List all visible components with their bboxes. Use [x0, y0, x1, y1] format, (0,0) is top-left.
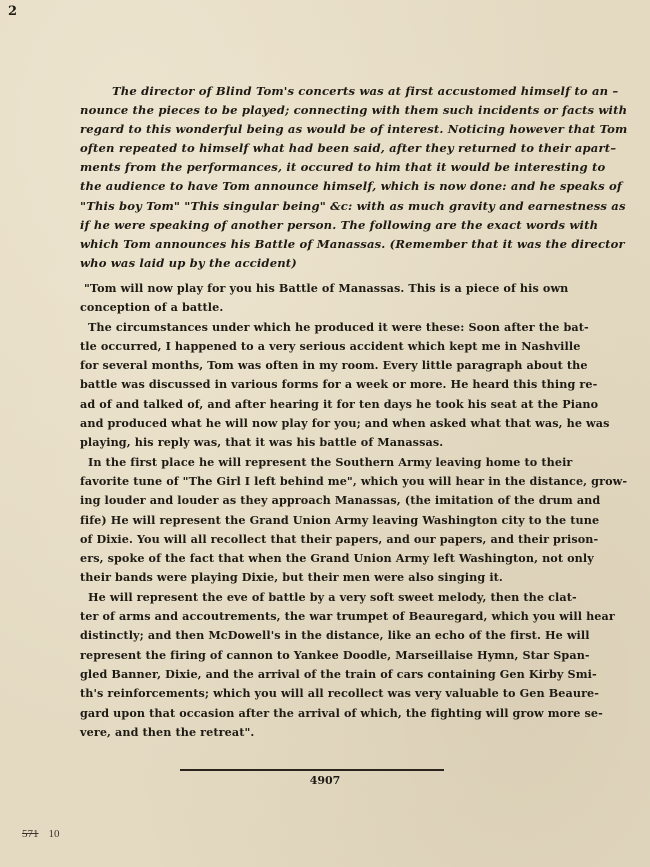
body-line: conception of a battle.: [80, 298, 560, 317]
intro-line: if he were speaking of another person. T…: [80, 216, 560, 235]
body-line: ers, spoke of the fact that when the Gra…: [80, 549, 560, 568]
body-line: gled Banner, Dixie, and the arrival of t…: [80, 665, 560, 684]
paragraph-circumstances: The circumstances under which he produce…: [80, 318, 560, 453]
body-line: fife) He will represent the Grand Union …: [80, 511, 560, 530]
paragraph-armies: In the first place he will represent the…: [80, 453, 560, 588]
body-line: tle occurred, I happened to a very serio…: [80, 337, 560, 356]
body-line: ter of arms and accoutrements, the war t…: [80, 607, 560, 626]
body-line: of Dixie. You will all recollect that th…: [80, 530, 560, 549]
intro-line: ments from the performances, it occured …: [80, 158, 560, 177]
intro-line: which Tom announces his Battle of Manass…: [80, 235, 560, 254]
intro-note: The director of Blind Tom's concerts was…: [80, 82, 560, 273]
page-number: 2: [8, 4, 17, 19]
intro-line: regard to this wonderful being as would …: [80, 120, 560, 139]
paragraph-opening: "Tom will now play for you his Battle of…: [80, 279, 560, 318]
footer-rule: [180, 769, 444, 771]
body-line: for several months, Tom was often in my …: [80, 356, 560, 375]
body-line: The circumstances under which he produce…: [80, 318, 560, 337]
intro-line: The director of Blind Tom's concerts was…: [80, 82, 560, 101]
body-line: represent the firing of cannon to Yankee…: [80, 646, 560, 665]
intro-line: often repeated to himself what had been …: [80, 139, 560, 158]
body-line: In the first place he will represent the…: [80, 453, 560, 472]
current-catalog-number: 10: [49, 828, 60, 840]
body-line: ing louder and louder as they approach M…: [80, 491, 560, 510]
body-line: th's reinforcements; which you will all …: [80, 684, 560, 703]
intro-line: the audience to have Tom announce himsel…: [80, 177, 560, 196]
body-line: favorite tune of "The Girl I left behind…: [80, 472, 560, 491]
body-line: gard upon that occasion after the arriva…: [80, 704, 560, 723]
body-line: vere, and then the retreat".: [80, 723, 560, 742]
struck-catalog-number: 571: [22, 828, 39, 840]
body-line: playing, his reply was, that it was his …: [80, 433, 560, 452]
speech-text: "Tom will now play for you his Battle of…: [80, 279, 560, 742]
intro-line: "This boy Tom" "This singular being" &c:…: [80, 197, 560, 216]
body-line: ad of and talked of, and after hearing i…: [80, 395, 560, 414]
catalog-number: 57110: [22, 828, 60, 840]
body-line: distinctly; and then McDowell's in the d…: [80, 626, 560, 645]
body-line: "Tom will now play for you his Battle of…: [80, 279, 560, 298]
paragraph-battle: He will represent the eve of battle by a…: [80, 588, 560, 742]
plate-number: 4907: [0, 774, 650, 787]
body-line: battle was discussed in various forms fo…: [80, 375, 560, 394]
intro-line: who was laid up by the accident): [80, 254, 560, 273]
intro-line: nounce the pieces to be played; connecti…: [80, 101, 560, 120]
body-line: He will represent the eve of battle by a…: [80, 588, 560, 607]
body-line: their bands were playing Dixie, but thei…: [80, 568, 560, 587]
body-line: and produced what he will now play for y…: [80, 414, 560, 433]
